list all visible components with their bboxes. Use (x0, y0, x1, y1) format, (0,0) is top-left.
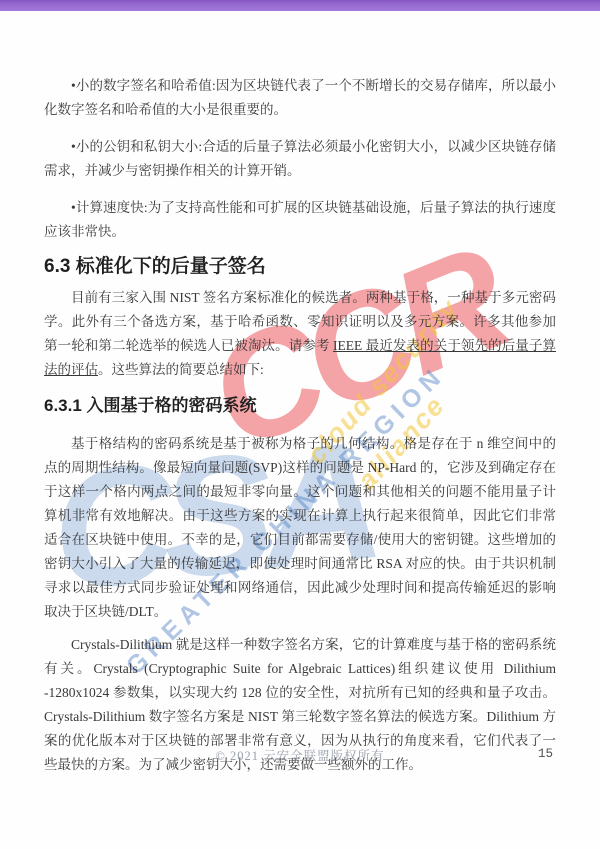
bullet-paragraph-speed: •计算速度快:为了支持高性能和可扩展的区块链基础设施，后量子算法的执行速度应该非… (44, 196, 556, 244)
bullet-paragraph-keysize: •小的公钥和私钥大小:合适的后量子算法必须最小化密钥大小，以减少区块链存储需求，… (44, 135, 556, 183)
page-number: 15 (538, 747, 553, 761)
top-accent-bar (0, 0, 600, 11)
document-page: CCR CSA GREATER CHINA REGION cloud secur… (0, 0, 600, 849)
copyright-notice: © 2021 云安全联盟版权所有 (44, 746, 556, 764)
subsection-heading-6-3-1: 6.3.1 入围基于格的密码系统 (44, 394, 556, 418)
page-footer: © 2021 云安全联盟版权所有 15 (44, 746, 556, 766)
bullet-paragraph-signatures: •小的数字签名和哈希值:因为区块链代表了一个不断增长的交易存储库，所以最小化数字… (44, 74, 556, 122)
page-content: •小的数字签名和哈希值:因为区块链代表了一个不断增长的交易存储库，所以最小化数字… (0, 74, 600, 777)
intro-text-after-link: 。这些算法的简要总结如下: (98, 362, 264, 377)
section-intro-paragraph: 目前有三家入围 NIST 签名方案标准化的候选者。两种基于格，一种基于多元密码学… (44, 286, 556, 382)
section-heading-6-3: 6.3 标准化下的后量子签名 (44, 254, 556, 280)
lattice-paragraph: 基于格结构的密码系统是基于被称为格子的几何结构。格是存在于 n 维空间中的点的周… (44, 432, 556, 624)
